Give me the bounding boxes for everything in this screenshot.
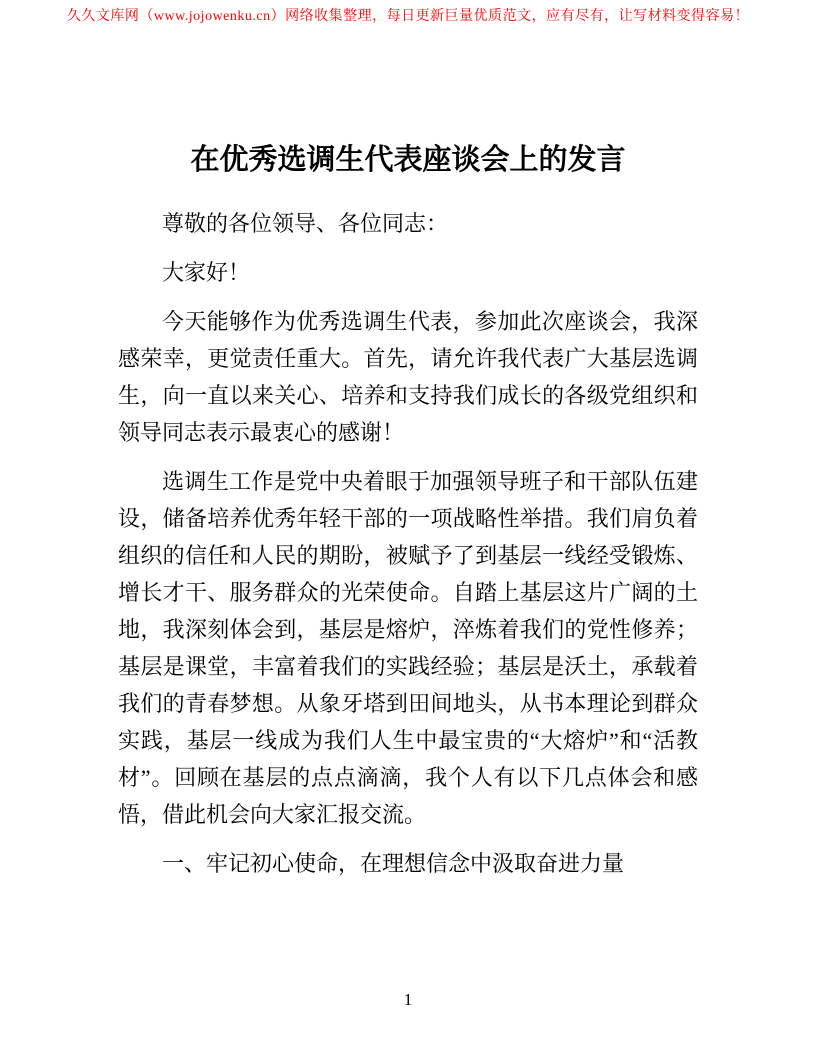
body-paragraph: 选调生工作是党中央着眼于加强领导班子和干部队伍建设，储备培养优秀年轻干部的一项战… [118, 463, 698, 833]
section-heading: 一、牢记初心使命，在理想信念中汲取奋进力量 [118, 845, 698, 882]
page-number: 1 [0, 988, 816, 1012]
document-title: 在优秀选调生代表座谈会上的发言 [118, 140, 698, 180]
document-body: 在优秀选调生代表座谈会上的发言 尊敬的各位领导、各位同志： 大家好！ 今天能够作… [118, 140, 698, 882]
greeting-line: 大家好！ [118, 254, 698, 291]
salutation-line: 尊敬的各位领导、各位同志： [118, 205, 698, 242]
site-watermark-banner: 久久文库网（www.jojowenku.cn）网络收集整理，每日更新巨量优质范文… [0, 7, 816, 27]
document-page: 久久文库网（www.jojowenku.cn）网络收集整理，每日更新巨量优质范文… [0, 0, 816, 1056]
body-paragraph: 今天能够作为优秀选调生代表，参加此次座谈会，我深感荣幸，更觉责任重大。首先，请允… [118, 303, 698, 451]
